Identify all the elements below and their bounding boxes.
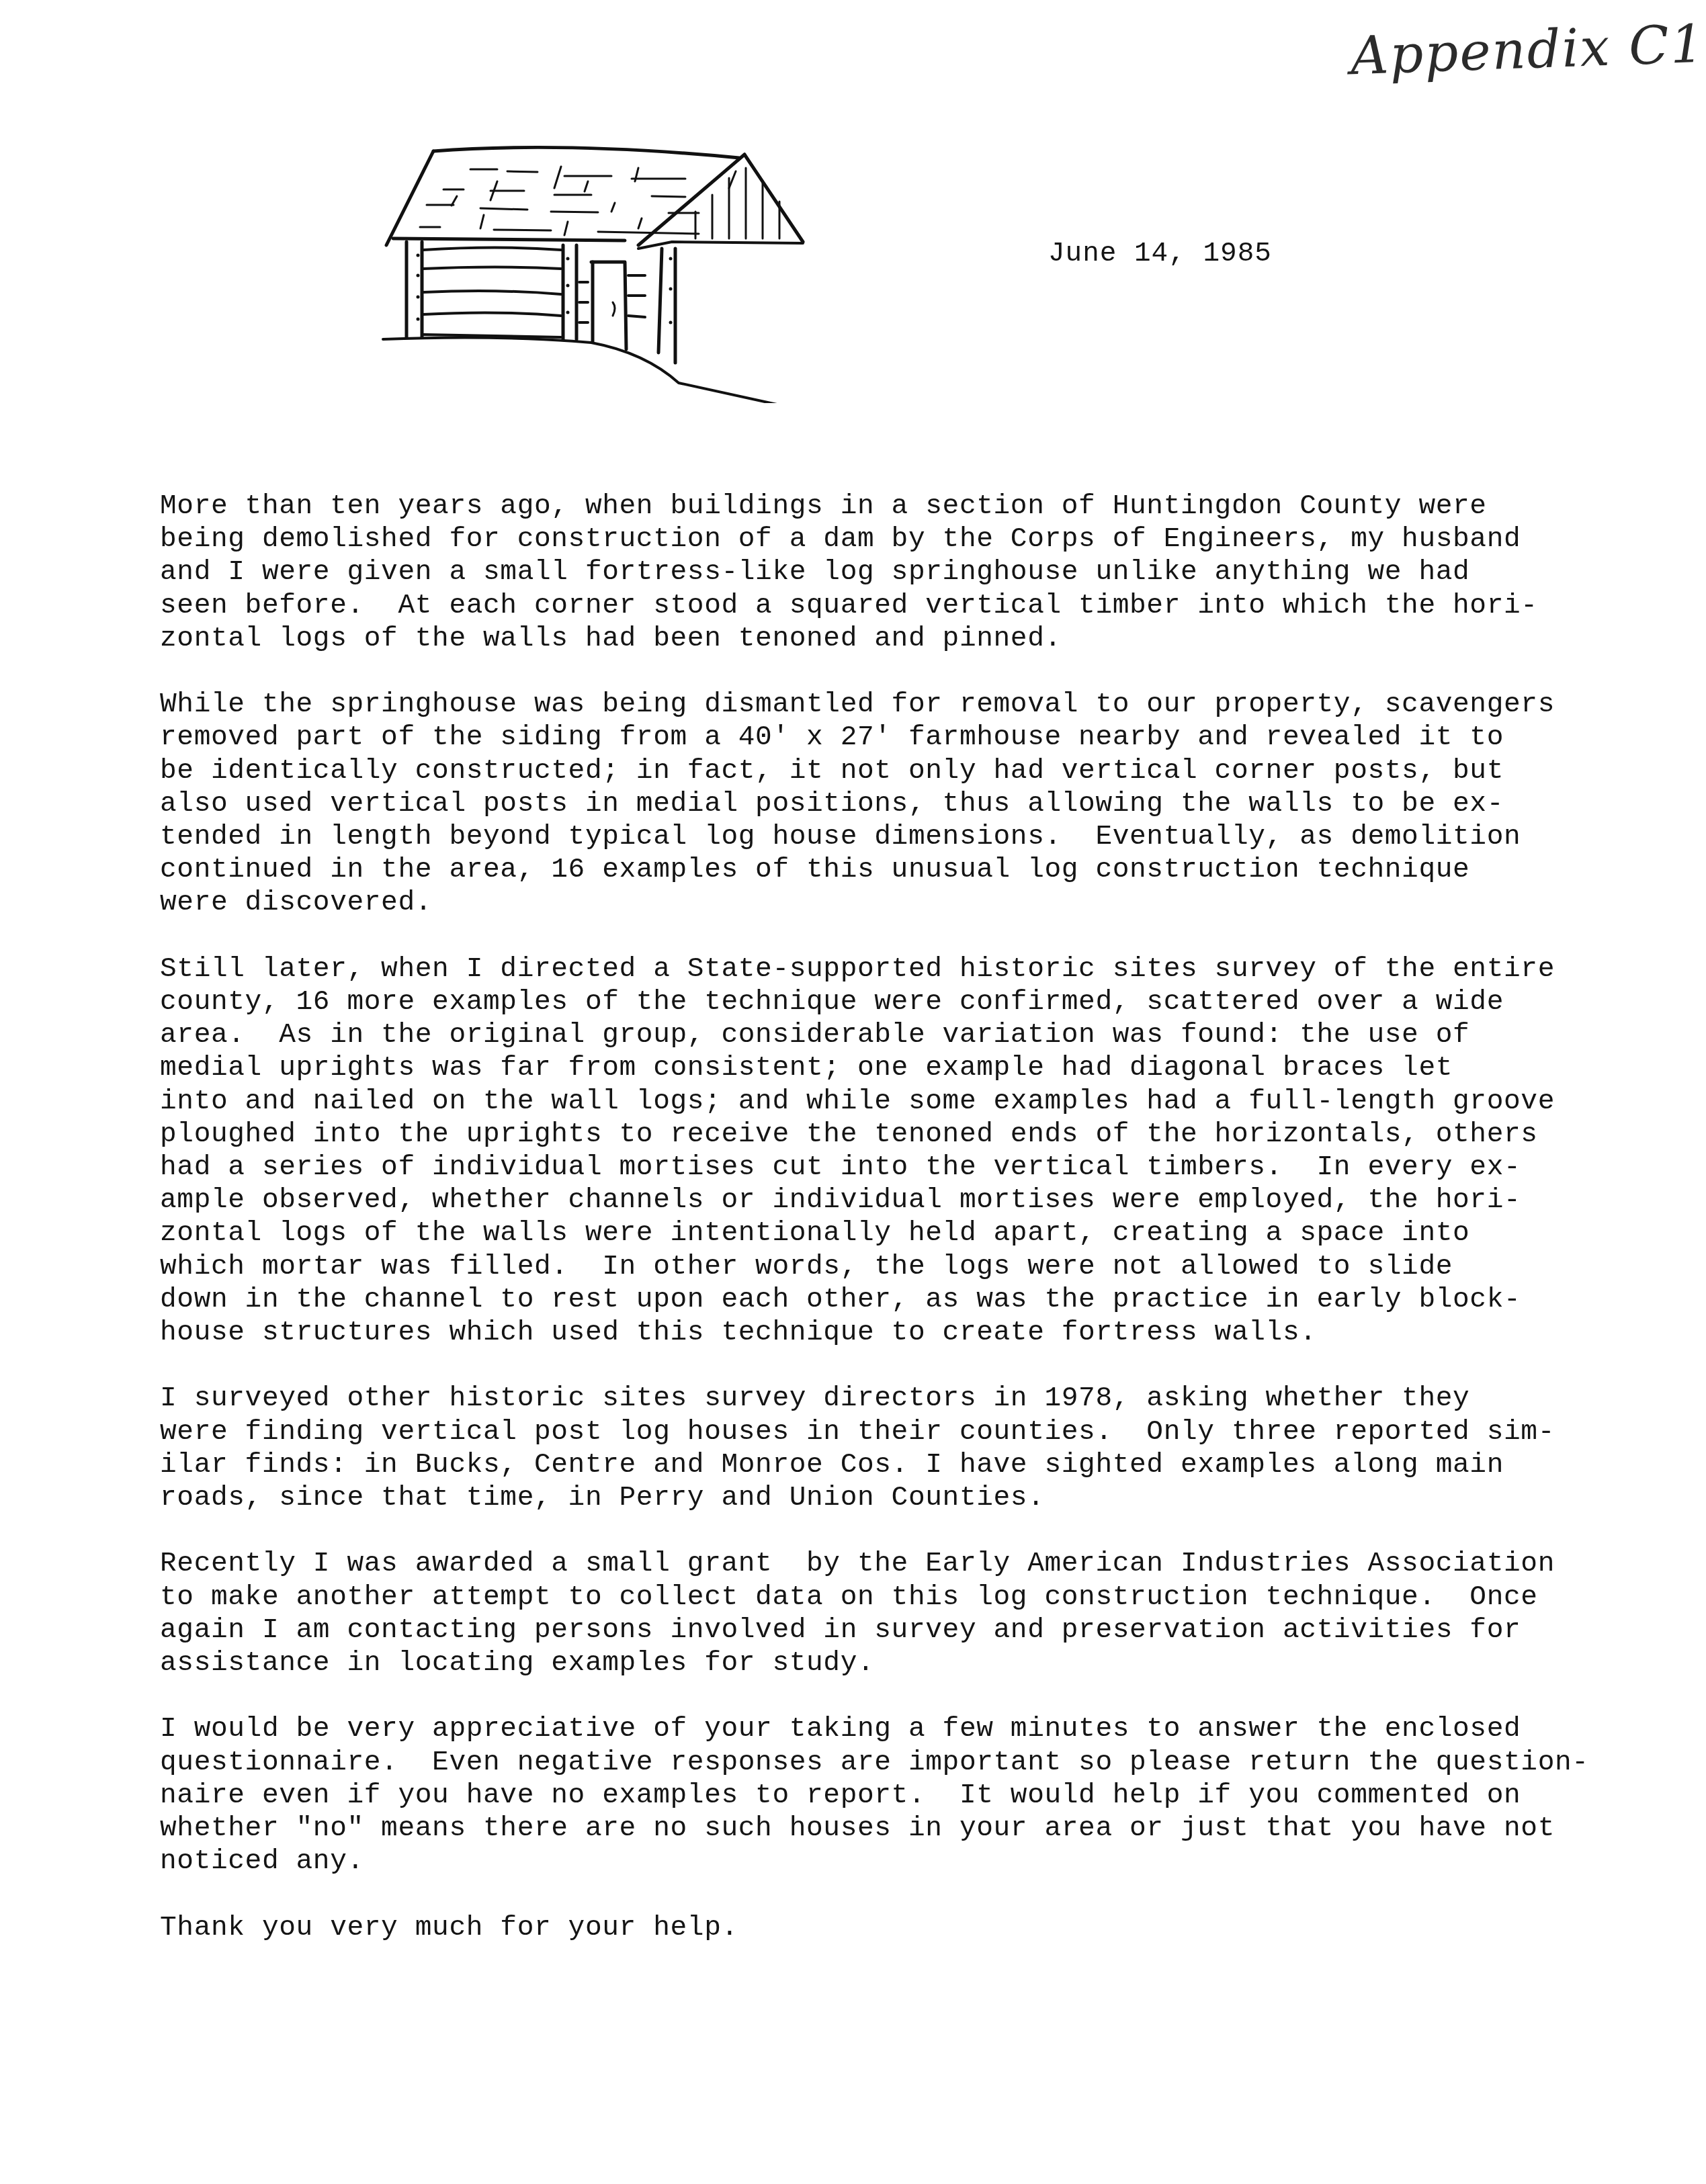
text-line: ample observed, whether channels or indi… <box>160 1184 1605 1217</box>
text-line: zontal logs of the walls had been tenone… <box>160 623 1605 656</box>
text-line: Recently I was awarded a small grant by … <box>160 1548 1605 1581</box>
text-line: zontal logs of the walls were intentiona… <box>160 1217 1605 1250</box>
text-line: be identically constructed; in fact, it … <box>160 755 1605 788</box>
letter-date: June 14, 1985 <box>1048 238 1272 269</box>
text-line: had a series of individual mortises cut … <box>160 1151 1605 1184</box>
handwritten-appendix-label: Appendix C1 <box>1350 14 1706 87</box>
text-line: More than ten years ago, when buildings … <box>160 490 1605 523</box>
text-line: continued in the area, 16 examples of th… <box>160 854 1605 887</box>
text-line: While the springhouse was being dismantl… <box>160 689 1605 722</box>
letter-paragraph: While the springhouse was being dismantl… <box>160 689 1605 920</box>
letter-paragraph: Recently I was awarded a small grant by … <box>160 1548 1605 1680</box>
letter-paragraph: I surveyed other historic sites survey d… <box>160 1383 1605 1515</box>
letter-paragraph: Still later, when I directed a State-sup… <box>160 953 1605 1350</box>
letter-paragraph: More than ten years ago, when buildings … <box>160 490 1605 656</box>
text-line: again I am contacting persons involved i… <box>160 1614 1605 1647</box>
text-line: I surveyed other historic sites survey d… <box>160 1383 1605 1415</box>
letter-paragraph: I would be very appreciative of your tak… <box>160 1713 1605 1878</box>
text-line: questionnaire. Even negative responses a… <box>160 1747 1605 1780</box>
text-line: area. As in the original group, consider… <box>160 1019 1605 1052</box>
text-line: medial uprights was far from consistent;… <box>160 1052 1605 1085</box>
text-line: Thank you very much for your help. <box>160 1912 1605 1945</box>
text-line: were finding vertical post log houses in… <box>160 1416 1605 1449</box>
text-line: were discovered. <box>160 887 1605 920</box>
letter-paragraph: Thank you very much for your help. <box>160 1912 1605 1945</box>
text-line: tended in length beyond typical log hous… <box>160 821 1605 854</box>
text-line: noticed any. <box>160 1845 1605 1878</box>
letter-body: More than ten years ago, when buildings … <box>160 490 1605 1978</box>
text-line: house structures which used this techniq… <box>160 1317 1605 1350</box>
log-house-illustration <box>363 121 860 403</box>
text-line: whether "no" means there are no such hou… <box>160 1812 1605 1845</box>
text-line: roads, since that time, in Perry and Uni… <box>160 1482 1605 1515</box>
text-line: I would be very appreciative of your tak… <box>160 1713 1605 1746</box>
text-line: ilar finds: in Bucks, Centre and Monroe … <box>160 1449 1605 1482</box>
text-line: which mortar was filled. In other words,… <box>160 1251 1605 1284</box>
text-line: county, 16 more examples of the techniqu… <box>160 986 1605 1019</box>
text-line: Still later, when I directed a State-sup… <box>160 953 1605 986</box>
text-line: removed part of the siding from a 40' x … <box>160 722 1605 754</box>
text-line: assistance in locating examples for stud… <box>160 1647 1605 1680</box>
text-line: seen before. At each corner stood a squa… <box>160 590 1605 623</box>
text-line: into and nailed on the wall logs; and wh… <box>160 1086 1605 1119</box>
text-line: down in the channel to rest upon each ot… <box>160 1284 1605 1317</box>
text-line: naire even if you have no examples to re… <box>160 1780 1605 1812</box>
text-line: ploughed into the uprights to receive th… <box>160 1119 1605 1151</box>
text-line: also used vertical posts in medial posit… <box>160 788 1605 821</box>
text-line: being demolished for construction of a d… <box>160 523 1605 556</box>
text-line: to make another attempt to collect data … <box>160 1581 1605 1614</box>
text-line: and I were given a small fortress-like l… <box>160 556 1605 589</box>
